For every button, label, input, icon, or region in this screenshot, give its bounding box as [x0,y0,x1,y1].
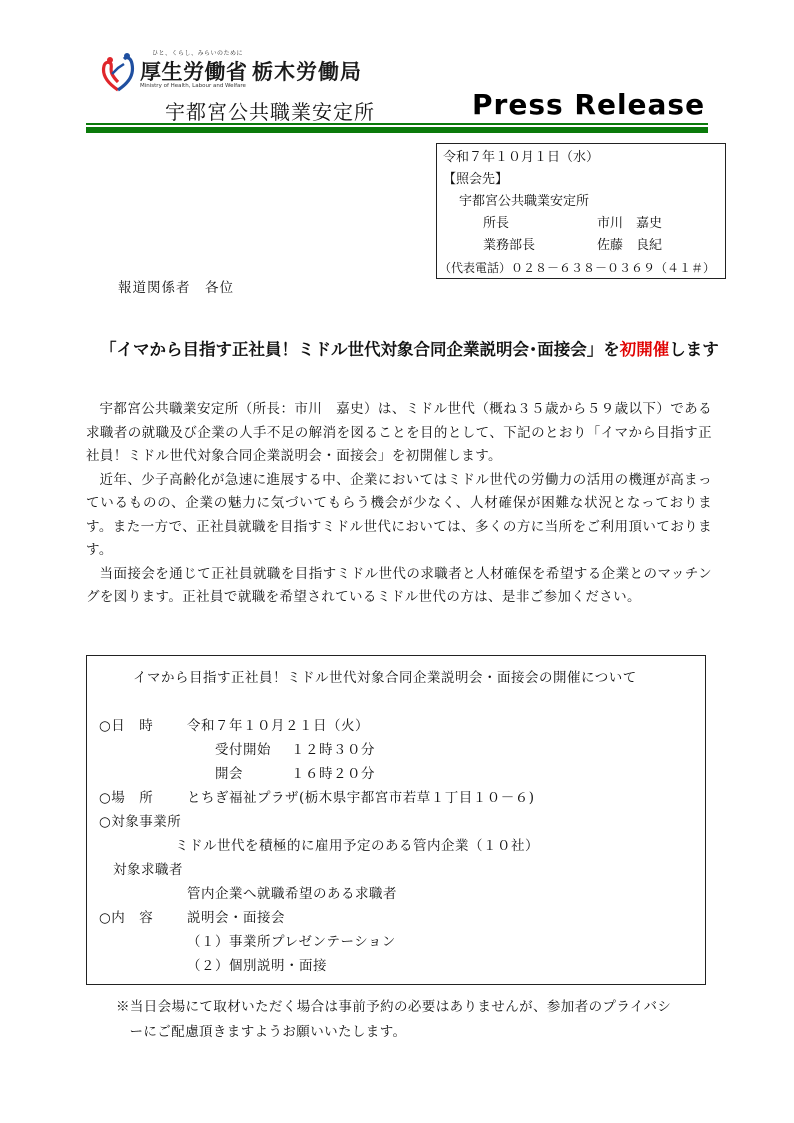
target-companies-label: ○対象事業所 [99,810,181,830]
contact-name-2: 佐藤 良紀 [597,235,662,257]
target-seekers: 管内企業へ就職希望のある求職者 [187,882,397,902]
bureau-name: 栃木労働局 [252,56,362,86]
opening-time: １６時２０分 [291,762,375,782]
target-seekers-label: 対象求職者 [113,858,183,878]
release-date: 令和７年１０月１日（水） [443,147,599,169]
press-release-title: Press Release [472,88,705,121]
body-paragraph-2: 近年、少子高齢化が急速に進展する中、企業においてはミドル世代の労働力の活用の機運… [86,469,712,563]
header-divider-thin [86,123,708,125]
contact-box: 令和７年１０月１日（水） 【照会先】 宇都宮公共職業安定所 所長 市川 嘉史 業… [436,143,726,279]
press-note-line-2: ーにご配慮頂きますようお願いいたします。 [116,1020,716,1045]
reception-label: 受付開始 [215,738,271,758]
reception-time: １２時３０分 [291,738,375,758]
headline: 「イマから目指す正社員！ミドル世代対象合同企業説明会･面接会」を初開催します [100,336,719,360]
body-text: 宇都宮公共職業安定所（所長：市川 嘉史）は、ミドル世代（概ね３５歳から５９歳以下… [86,398,712,610]
contact-phone: （代表電話）０２８－６３８－０３６９（４１＃） [439,257,715,279]
press-note: ※当日会場にて取材いただく場合は事前予約の必要はありませんが、参加者のプライバシ… [116,995,716,1045]
content-item-1: （１）事業所プレゼンテーション [187,930,396,950]
body-paragraph-3: 当面接会を通じて正社員就職を目指すミドル世代の求職者と人材確保を希望する企業との… [86,563,712,610]
place-label: ○場 所 [99,786,153,806]
header-divider-thick [86,127,708,133]
headline-highlight: 初開催 [620,340,670,359]
target-companies: ミドル世代を積極的に雇用予定のある管内企業（１０社） [175,834,539,854]
body-paragraph-1: 宇都宮公共職業安定所（所長：市川 嘉史）は、ミドル世代（概ね３５歳から５９歳以下… [86,398,712,469]
event-date: 令和７年１０月２１日（火） [187,714,369,734]
headline-suffix: します [669,340,719,359]
mhlw-logo-icon [100,52,136,92]
addressee: 報道関係者 各位 [118,276,234,296]
press-note-line-1: ※当日会場にて取材いただく場合は事前予約の必要はありませんが、参加者のプライバシ [116,995,716,1020]
event-details-box: イマから目指す正社員！ミドル世代対象合同企業説明会・面接会の開催について ○日 … [86,655,706,985]
ministry-name: 厚生労働省 [140,56,248,86]
content-item-2: （２）個別説明・面接 [187,954,327,974]
contact-office: 宇都宮公共職業安定所 [459,191,589,213]
office-name: 宇都宮公共職業安定所 [165,96,375,125]
content-label: ○内 容 [99,906,153,926]
event-place: とちぎ福祉プラザ(栃木県宇都宮市若草１丁目１０－６) [187,786,535,806]
event-content: 説明会・面接会 [187,906,285,926]
contact-name-1: 市川 嘉史 [597,213,662,235]
opening-label: 開会 [215,762,243,782]
event-title: イマから目指す正社員！ミドル世代対象合同企業説明会・面接会の開催について [133,666,637,686]
datetime-label: ○日 時 [99,714,153,734]
contact-title-2: 業務部長 [483,235,535,257]
headline-main: 「イマから目指す正社員！ミドル世代対象合同企業説明会･面接会」を [100,340,620,359]
contact-title-1: 所長 [483,213,509,235]
ministry-logo: ひと、くらし、みらいのために 厚生労働省 Ministry of Health,… [100,48,370,94]
ministry-english-name: Ministry of Health, Labour and Welfare [140,83,246,89]
contact-heading: 【照会先】 [443,169,508,191]
